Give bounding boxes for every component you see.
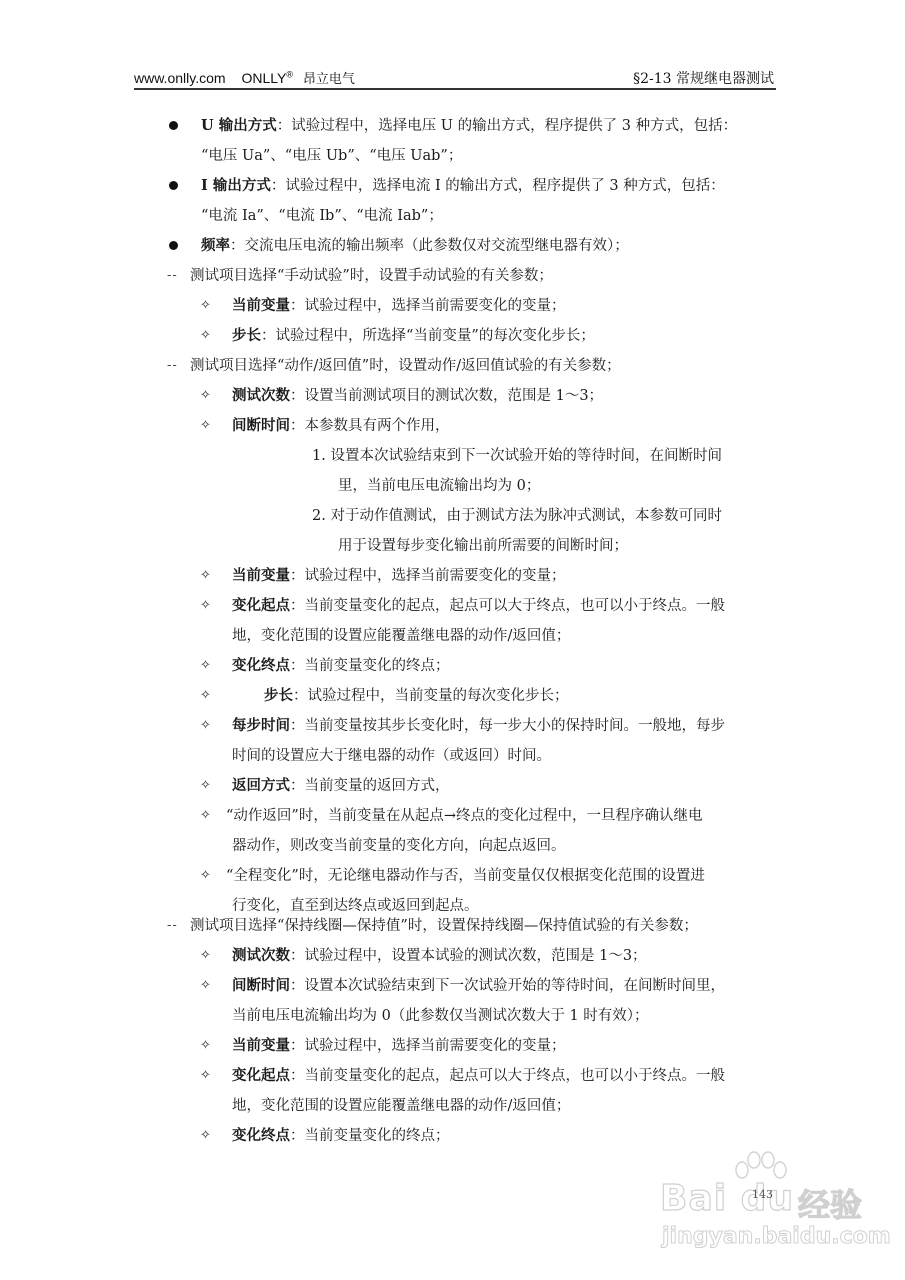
header-company: 昂立电气 <box>303 72 355 87</box>
item: 间断时间：设置本次试验结束到下一次试验开始的等待时间，在间断时间里， <box>232 976 725 996</box>
term: 步长 <box>264 687 293 704</box>
term: 步长 <box>232 327 261 344</box>
bullet-i-output-cont: “电流 Ia”、“电流 Ib”、“电流 Iab”； <box>201 206 443 226</box>
term: 变化终点 <box>232 657 290 674</box>
term: 返回方式 <box>232 777 290 794</box>
diamond-bullet-icon: ✧ <box>200 596 211 616</box>
header-left: www.onlly.com ONLLY® 昂立电气 <box>134 68 355 87</box>
term: 每步时间 <box>232 717 290 734</box>
bullet-i-output: I 输出方式：试验过程中，选择电流 I 的输出方式，程序提供了 3 种方式，包括… <box>201 176 725 196</box>
desc: ：当前变量变化的起点，起点可以大于终点，也可以小于终点。一般 <box>290 1068 725 1084</box>
item-cont: 器动作，则改变当前变量的变化方向，向起点返回。 <box>232 836 566 856</box>
item: 变化终点：当前变量变化的终点； <box>232 1126 450 1146</box>
dash-marker: -- <box>167 356 178 376</box>
item-cont: 地，变化范围的设置应能覆盖继电器的动作/返回值； <box>232 1096 570 1116</box>
watermark-cn: 经验 <box>798 1180 862 1226</box>
term: I 输出方式 <box>201 177 271 194</box>
diamond-bullet-icon: ✧ <box>200 1036 211 1056</box>
desc: 对于动作值测试，由于测试方法为脉冲式测试，本参数可同时 <box>330 508 722 524</box>
section-heading-action-return: 测试项目选择“动作/返回值”时，设置动作/返回值试验的有关参数； <box>190 356 621 376</box>
term: 变化起点 <box>232 597 290 614</box>
desc: ：本参数具有两个作用， <box>290 418 450 434</box>
diamond-bullet-icon: ✧ <box>200 386 211 406</box>
term: 间断时间 <box>232 417 290 434</box>
desc: ：试验过程中，选择当前需要变化的变量； <box>290 1038 566 1054</box>
desc: ：试验过程中，选择电流 I 的输出方式，程序提供了 3 种方式，包括： <box>271 178 725 194</box>
desc: ：试验过程中，当前变量的每次变化步长； <box>293 688 569 704</box>
section-heading-manual: 测试项目选择“手动试验”时，设置手动试验的有关参数； <box>190 266 553 286</box>
item: 每步时间：当前变量按其步长变化时，每一步大小的保持时间。一般地，每步 <box>232 716 725 736</box>
bullet-icon <box>169 241 178 250</box>
term: 间断时间 <box>232 977 290 994</box>
desc: ：试验过程中，选择当前需要变化的变量； <box>290 568 566 584</box>
term: 测试次数 <box>232 947 290 964</box>
term: 频率 <box>201 237 230 254</box>
watermark-logo: Bai du <box>660 1178 794 1219</box>
diamond-bullet-icon: ✧ <box>200 686 211 706</box>
diamond-bullet-icon: ✧ <box>200 566 211 586</box>
header-divider <box>134 88 776 90</box>
number: 1. <box>312 448 326 464</box>
diamond-bullet-icon: ✧ <box>200 806 211 826</box>
page-header: www.onlly.com ONLLY® 昂立电气 §2-13 常规继电器测试 <box>134 66 774 88</box>
diamond-bullet-icon: ✧ <box>200 866 211 886</box>
desc: ：当前变量变化的起点，起点可以大于终点，也可以小于终点。一般 <box>290 598 725 614</box>
desc: ：设置本次试验结束到下一次试验开始的等待时间，在间断时间里， <box>290 978 725 994</box>
item: 步长：试验过程中，所选择“当前变量”的每次变化步长； <box>232 326 595 346</box>
desc: ：交流电压电流的输出频率（此参数仅对交流型继电器有效）； <box>230 238 629 254</box>
diamond-bullet-icon: ✧ <box>200 656 211 676</box>
desc: ：当前变量变化的终点； <box>290 1128 450 1144</box>
watermark-url: jingyan.baidu.com <box>662 1224 891 1249</box>
term: 当前变量 <box>232 1037 290 1054</box>
term: 当前变量 <box>232 297 290 314</box>
numbered-item: 1. 设置本次试验结束到下一次试验开始的等待时间，在间断时间 <box>312 446 722 466</box>
diamond-bullet-icon: ✧ <box>200 776 211 796</box>
diamond-bullet-icon: ✧ <box>200 1066 211 1086</box>
term: U 输出方式 <box>201 117 277 134</box>
dash-marker: -- <box>167 266 178 286</box>
header-section: §2-13 常规继电器测试 <box>633 68 774 88</box>
desc: ：当前变量变化的终点； <box>290 658 450 674</box>
item: 变化终点：当前变量变化的终点； <box>232 656 450 676</box>
item: 间断时间：本参数具有两个作用， <box>232 416 450 436</box>
desc: 设置本次试验结束到下一次试验开始的等待时间，在间断时间 <box>330 448 722 464</box>
header-website: www.onlly.com <box>134 70 226 86</box>
item: “动作返回”时，当前变量在从起点→终点的变化过程中，一旦程序确认继电 <box>226 806 702 826</box>
diamond-bullet-icon: ✧ <box>200 416 211 436</box>
desc: ：试验过程中，所选择“当前变量”的每次变化步长； <box>261 328 595 344</box>
item: 步长：试验过程中，当前变量的每次变化步长； <box>264 686 569 706</box>
bullet-icon <box>169 181 178 190</box>
diamond-bullet-icon: ✧ <box>200 976 211 996</box>
bullet-icon <box>169 121 178 130</box>
item: “全程变化”时，无论继电器动作与否，当前变量仅仅根据变化范围的设置进 <box>226 866 705 886</box>
item-cont: 当前电压电流输出均为 0（此参数仅当测试次数大于 1 时有效）； <box>232 1006 649 1026</box>
bullet-u-output: U 输出方式：试验过程中，选择电压 U 的输出方式，程序提供了 3 种方式，包括… <box>201 116 737 136</box>
item: 当前变量：试验过程中，选择当前需要变化的变量； <box>232 296 566 316</box>
numbered-item-cont: 里，当前电压电流输出均为 0； <box>338 476 540 496</box>
diamond-bullet-icon: ✧ <box>200 326 211 346</box>
term: 变化终点 <box>232 1127 290 1144</box>
section-heading-hold-coil: 测试项目选择“保持线圈—保持值”时，设置保持线圈—保持值试验的有关参数； <box>190 916 698 936</box>
desc: ：当前变量的返回方式， <box>290 778 450 794</box>
desc: ：试验过程中，选择电压 U 的输出方式，程序提供了 3 种方式，包括： <box>277 118 737 134</box>
diamond-bullet-icon: ✧ <box>200 296 211 316</box>
item: 变化起点：当前变量变化的起点，起点可以大于终点，也可以小于终点。一般 <box>232 596 725 616</box>
item-cont: 行变化，直至到达终点或返回到起点。 <box>232 896 479 916</box>
item-cont: 时间的设置应大于继电器的动作（或返回）时间。 <box>232 746 551 766</box>
term: 变化起点 <box>232 1067 290 1084</box>
diamond-bullet-icon: ✧ <box>200 1126 211 1146</box>
item: 当前变量：试验过程中，选择当前需要变化的变量； <box>232 1036 566 1056</box>
registered-mark: ® <box>286 69 293 79</box>
numbered-item: 2. 对于动作值测试，由于测试方法为脉冲式测试，本参数可同时 <box>312 506 722 526</box>
term: 测试次数 <box>232 387 290 404</box>
bullet-frequency: 频率：交流电压电流的输出频率（此参数仅对交流型继电器有效）； <box>201 236 629 256</box>
page-number: 143 <box>752 1188 773 1201</box>
item: 测试次数：试验过程中，设置本试验的测试次数，范围是 1～3； <box>232 946 647 966</box>
numbered-item-cont: 用于设置每步变化输出前所需要的间断时间； <box>338 536 628 556</box>
diamond-bullet-icon: ✧ <box>200 946 211 966</box>
header-brand: ONLLY <box>241 70 286 86</box>
item: 测试次数：设置当前测试项目的测试次数，范围是 1～3； <box>232 386 603 406</box>
bullet-u-output-cont: “电压 Ua”、“电压 Ub”、“电压 Uab”； <box>201 146 462 166</box>
item-cont: 地，变化范围的设置应能覆盖继电器的动作/返回值； <box>232 626 570 646</box>
term: 当前变量 <box>232 567 290 584</box>
number: 2. <box>312 508 326 524</box>
desc: ：当前变量按其步长变化时，每一步大小的保持时间。一般地，每步 <box>290 718 725 734</box>
diamond-bullet-icon: ✧ <box>200 716 211 736</box>
item: 变化起点：当前变量变化的起点，起点可以大于终点，也可以小于终点。一般 <box>232 1066 725 1086</box>
desc: ：设置当前测试项目的测试次数，范围是 1～3； <box>290 388 603 404</box>
item: 当前变量：试验过程中，选择当前需要变化的变量； <box>232 566 566 586</box>
desc: ：试验过程中，设置本试验的测试次数，范围是 1～3； <box>290 948 647 964</box>
desc: ：试验过程中，选择当前需要变化的变量； <box>290 298 566 314</box>
item: 返回方式：当前变量的返回方式， <box>232 776 450 796</box>
dash-marker: -- <box>167 916 178 936</box>
